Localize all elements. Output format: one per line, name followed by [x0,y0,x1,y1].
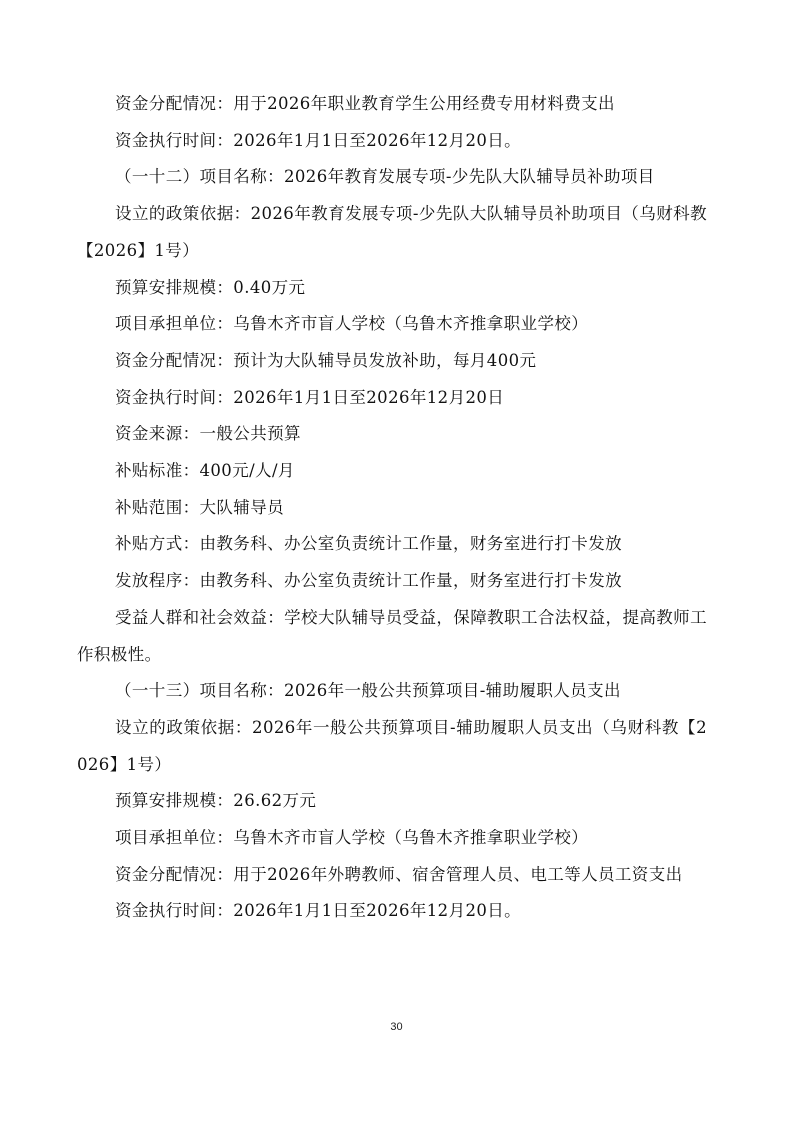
paragraph-subsidy-standard-12: 补贴标准：400元/人/月 [77,453,707,490]
paragraph-fund-allocation-12: 资金分配情况：预计为大队辅导员发放补助，每月400元 [77,343,707,380]
paragraph-undertaking-unit-12: 项目承担单位：乌鲁木齐市盲人学校（乌鲁木齐推拿职业学校） [77,306,707,343]
paragraph-fund-allocation-1: 资金分配情况：用于2026年职业教育学生公用经费专用材料费支出 [77,86,707,123]
paragraph-budget-scale-12: 预算安排规模：0.40万元 [77,270,707,307]
paragraph-policy-basis-13: 设立的政策依据：2026年一般公共预算项目-辅助履职人员支出（乌财科教【2026… [77,710,707,783]
paragraph-subsidy-scope-12: 补贴范围：大队辅导员 [77,490,707,527]
section-heading-13: （一十三）项目名称：2026年一般公共预算项目-辅助履职人员支出 [77,673,707,710]
page-number: 30 [0,1021,793,1033]
paragraph-budget-scale-13: 预算安排规模：26.62万元 [77,783,707,820]
paragraph-execution-time-13: 资金执行时间：2026年1月1日至2026年12月20日。 [77,893,707,930]
paragraph-execution-time-12: 资金执行时间：2026年1月1日至2026年12月20日 [77,380,707,417]
section-heading-12: （一十二）项目名称：2026年教育发展专项-少先队大队辅导员补助项目 [77,159,707,196]
paragraph-fund-source-12: 资金来源：一般公共预算 [77,416,707,453]
paragraph-subsidy-method-12: 补贴方式：由教务科、办公室负责统计工作量，财务室进行打卡发放 [77,526,707,563]
paragraph-execution-time-1: 资金执行时间：2026年1月1日至2026年12月20日。 [77,123,707,160]
document-page-body: 资金分配情况：用于2026年职业教育学生公用经费专用材料费支出 资金执行时间：2… [77,86,707,930]
paragraph-beneficiaries-12: 受益人群和社会效益：学校大队辅导员受益，保障教职工合法权益，提高教师工作积极性。 [77,600,707,673]
paragraph-distribution-procedure-12: 发放程序：由教务科、办公室负责统计工作量，财务室进行打卡发放 [77,563,707,600]
paragraph-policy-basis-12: 设立的政策依据：2026年教育发展专项-少先队大队辅导员补助项目（乌财科教【20… [77,196,707,269]
paragraph-undertaking-unit-13: 项目承担单位：乌鲁木齐市盲人学校（乌鲁木齐推拿职业学校） [77,820,707,857]
paragraph-fund-allocation-13: 资金分配情况：用于2026年外聘教师、宿舍管理人员、电工等人员工资支出 [77,857,707,894]
